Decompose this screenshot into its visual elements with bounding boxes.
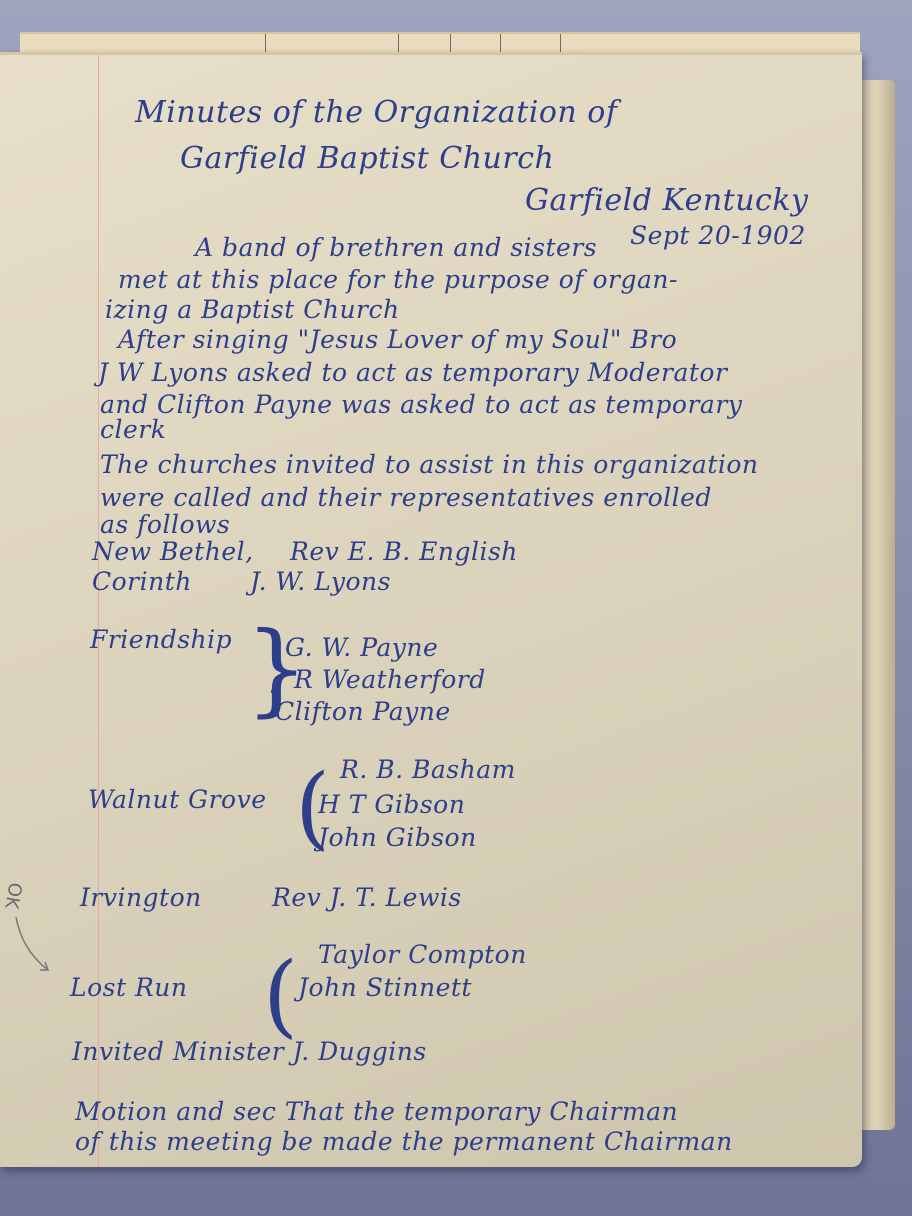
title-line-1: Minutes of the Organization of: [135, 95, 617, 130]
paragraph-line: After singing "Jesus Lover of my Soul" B…: [118, 325, 677, 354]
church-name: New Bethel,: [92, 537, 254, 566]
church-name: Lost Run: [70, 973, 188, 1002]
ledger-page: Minutes of the Organization of Garfield …: [0, 52, 862, 1167]
paragraph-line: J W Lyons asked to act as temporary Mode…: [98, 358, 727, 387]
representative-name: Rev J. T. Lewis: [272, 883, 462, 912]
church-name: Corinth: [92, 567, 192, 596]
brace: (: [263, 943, 298, 1048]
church-name: Walnut Grove: [88, 785, 267, 814]
church-name: Friendship: [90, 625, 232, 654]
motion-line: of this meeting be made the permanent Ch…: [75, 1127, 733, 1156]
pencil-margin-note: OK: [0, 881, 25, 910]
motion-line: Motion and sec That the temporary Chairm…: [75, 1097, 678, 1126]
date: Sept 20-1902: [630, 221, 806, 250]
paragraph-line: clerk: [100, 415, 166, 444]
title-line-2: Garfield Baptist Church: [180, 141, 554, 176]
representative-name: Clifton Payne: [275, 697, 451, 726]
paragraph-line: met at this place for the purpose of org…: [118, 265, 678, 294]
representative-name: J R Weatherford: [275, 665, 486, 694]
representative-name: G. W. Payne: [285, 633, 438, 662]
paragraph-line: as follows: [100, 510, 230, 539]
paragraph-line: The churches invited to assist in this o…: [100, 450, 759, 479]
representative-name: John Gibson: [318, 823, 477, 852]
paragraph-line: were called and their representatives en…: [100, 483, 712, 512]
invited-minister: Invited Minister J. Duggins: [72, 1037, 427, 1066]
paragraph-line: A band of brethren and sisters: [195, 233, 597, 262]
representative-name: Taylor Compton: [318, 940, 527, 969]
representative-name: H T Gibson: [318, 790, 465, 819]
church-name: Irvington: [80, 883, 202, 912]
paragraph-line: izing a Baptist Church: [105, 295, 400, 324]
representative-name: John Stinnett: [298, 973, 472, 1002]
place: Garfield Kentucky: [525, 183, 808, 218]
paragraph-line: and Clifton Payne was asked to act as te…: [100, 390, 742, 419]
representative-name: J. W. Lyons: [250, 567, 391, 596]
representative-name: Rev E. B. English: [290, 537, 518, 566]
representative-name: R. B. Basham: [340, 755, 516, 784]
pencil-arrow-icon: [12, 915, 52, 975]
